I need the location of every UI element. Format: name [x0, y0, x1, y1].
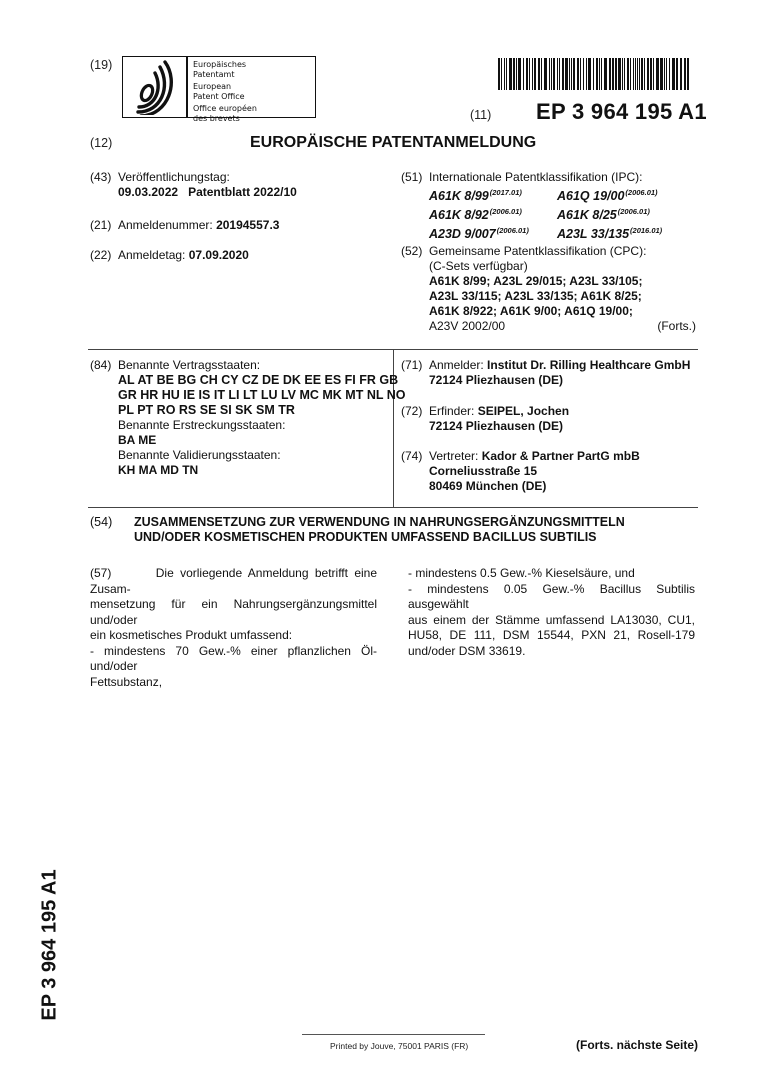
validation-states: KH MA MD TN: [118, 463, 405, 478]
abstract-line: Die vorliegende Anmeldung betrifft eine …: [90, 566, 377, 596]
contracting-label: Benannte Vertragsstaaten:: [118, 358, 405, 373]
office-code: (19): [90, 58, 112, 72]
office-name-fr-2: des brevets: [193, 114, 257, 124]
bulletin: Patentblatt 2022/10: [188, 185, 297, 199]
abstract-line: - mindestens 70 Gew.-% einer pflanzliche…: [90, 644, 377, 675]
office-name-de-1: Europäisches: [193, 60, 257, 70]
contracting-states: GR HR HU IE IS IT LI LT LU LV MC MK MT N…: [118, 388, 405, 403]
ipc-block: (51) Internationale Patentklassifikation…: [401, 170, 687, 242]
cpc-line: A23L 33/115; A23L 33/135; A61K 8/25;: [429, 289, 696, 304]
cpc-label: Gemeinsame Patentklassifikation (CPC):: [429, 244, 696, 259]
representative-label: Vertreter:: [429, 449, 478, 463]
ipc-label: Internationale Patentklassifikation (IPC…: [429, 170, 687, 185]
abstract-line: und/oder DSM 33619.: [408, 644, 695, 660]
inventor-code: (72): [401, 404, 429, 434]
states-code: (84): [90, 358, 118, 478]
cpc-line: A61K 8/99; A23L 29/015; A23L 33/105;: [429, 274, 696, 289]
abstract-line: Fettsubstanz,: [90, 675, 377, 691]
title-line: UND/ODER KOSMETISCHEN PRODUKTEN UMFASSEN…: [134, 530, 625, 545]
extension-states: BA ME: [118, 433, 405, 448]
title-code: (54): [90, 515, 134, 545]
representative-block: (74) Vertreter: Kador & Partner PartG mb…: [401, 449, 640, 494]
title-line: ZUSAMMENSETZUNG ZUR VERWENDUNG IN NAHRUN…: [134, 515, 625, 530]
abstract-left-column: (57) Die vorliegende Anmeldung betrifft …: [90, 566, 377, 690]
ipc-class: A23D 9/007(2006.01): [429, 223, 557, 242]
cpc-note: (C-Sets verfügbar): [429, 259, 696, 274]
app-number: 20194557.3: [216, 218, 279, 233]
continued-note: (Forts. nächste Seite): [576, 1038, 698, 1052]
title-block: (54) ZUSAMMENSETZUNG ZUR VERWENDUNG IN N…: [90, 515, 625, 545]
abstract-line: ein kosmetisches Produkt umfassend:: [90, 628, 377, 644]
cpc-code: (52): [401, 244, 429, 334]
representative-street: Corneliusstraße 15: [429, 464, 640, 479]
inventor-block: (72) Erfinder: SEIPEL, Jochen 72124 Plie…: [401, 404, 569, 434]
divider-bottom: [88, 507, 698, 508]
ipc-class: A61K 8/92(2006.01): [429, 204, 557, 223]
pub-date-code: (43): [90, 170, 118, 200]
app-date-code: (22): [90, 248, 118, 263]
extension-label: Benannte Erstreckungsstaaten:: [118, 418, 405, 433]
office-name-en-2: Patent Office: [193, 92, 257, 102]
applicant-block: (71) Anmelder: Institut Dr. Rilling Heal…: [401, 358, 690, 388]
kind-code: (12): [90, 136, 112, 150]
representative-name: Kador & Partner PartG mbB: [482, 449, 640, 463]
app-number-label: Anmeldenummer:: [118, 218, 213, 233]
office-name-en-1: European: [193, 82, 257, 92]
ipc-classes: A61K 8/99(2017.01)A61Q 19/00(2006.01)A61…: [429, 185, 687, 242]
office-name-fr-1: Office européen: [193, 104, 257, 114]
ipc-class: A61K 8/25(2006.01): [557, 204, 687, 223]
office-name-de-2: Patentamt: [193, 70, 257, 80]
abstract-line: aus einem der Stämme umfassend LA13030, …: [408, 613, 695, 629]
app-date-label: Anmeldetag:: [118, 248, 185, 263]
abstract-right-column: - mindestens 0.5 Gew.-% Kieselsäure, und…: [408, 566, 695, 659]
contracting-states: AL AT BE BG CH CY CZ DE DK EE ES FI FR G…: [118, 373, 405, 388]
publication-number: EP 3 964 195 A1: [536, 99, 707, 125]
app-date: 07.09.2020: [189, 248, 249, 263]
application-date-block: (22) Anmeldetag: 07.09.2020: [90, 248, 249, 263]
cpc-line: A61K 8/922; A61K 9/00; A61Q 19/00;: [429, 304, 696, 319]
designated-states-block: (84) Benannte Vertragsstaaten: AL AT BE …: [90, 358, 405, 478]
pub-date: 09.03.2022: [118, 185, 178, 199]
applicant-address: 72124 Pliezhausen (DE): [429, 373, 690, 388]
abstract-line: - mindestens 0.5 Gew.-% Kieselsäure, und: [408, 566, 695, 582]
ipc-class: A61Q 19/00(2006.01): [557, 185, 687, 204]
publication-date-block: (43) Veröffentlichungstag: 09.03.2022 Pa…: [90, 170, 297, 200]
side-number-text: EP 3 964 195 A1: [39, 869, 62, 1020]
epo-logo: Europäisches Patentamt European Patent O…: [122, 56, 316, 118]
inventor-label: Erfinder:: [429, 404, 474, 418]
app-number-code: (21): [90, 218, 118, 233]
epo-logo-icon: [125, 59, 185, 115]
ipc-code: (51): [401, 170, 429, 242]
validation-label: Benannte Validierungsstaaten:: [118, 448, 405, 463]
ipc-class: A23L 33/135(2016.01): [557, 223, 687, 242]
pub-date-label: Veröffentlichungstag:: [118, 170, 297, 185]
abstract-line: mensetzung für ein Nahrungsergänzungsmit…: [90, 597, 377, 628]
cpc-last-line: A23V 2002/00: [429, 319, 505, 334]
applicant-code: (71): [401, 358, 429, 388]
cpc-block: (52) Gemeinsame Patentklassifikation (CP…: [401, 244, 696, 334]
abstract-line: HU58, DE 111, DSM 15544, PXN 21, Rosell-…: [408, 628, 695, 644]
abstract-line: - mindestens 0.05 Gew.-% Bacillus Subtil…: [408, 582, 695, 613]
publication-code: (11): [470, 108, 491, 122]
printer-note: Printed by Jouve, 75001 PARIS (FR): [330, 1041, 468, 1051]
applicant-name: Institut Dr. Rilling Healthcare GmbH: [487, 358, 690, 372]
barcode: [498, 58, 693, 90]
ipc-class: A61K 8/99(2017.01): [429, 185, 557, 204]
footer-rule: [302, 1034, 485, 1035]
abstract-code: (57): [90, 566, 111, 580]
representative-code: (74): [401, 449, 429, 494]
document-type: EUROPÄISCHE PATENTANMELDUNG: [250, 134, 536, 152]
contracting-states: PL PT RO RS SE SI SK SM TR: [118, 403, 405, 418]
applicant-label: Anmelder:: [429, 358, 484, 372]
application-number-block: (21) Anmeldenummer: 20194557.3: [90, 218, 279, 233]
cpc-continued: (Forts.): [657, 319, 696, 334]
representative-city: 80469 München (DE): [429, 479, 640, 494]
inventor-name: SEIPEL, Jochen: [478, 404, 569, 418]
inventor-address: 72124 Pliezhausen (DE): [429, 419, 569, 434]
side-publication-number: EP 3 964 195 A1: [30, 860, 70, 1030]
